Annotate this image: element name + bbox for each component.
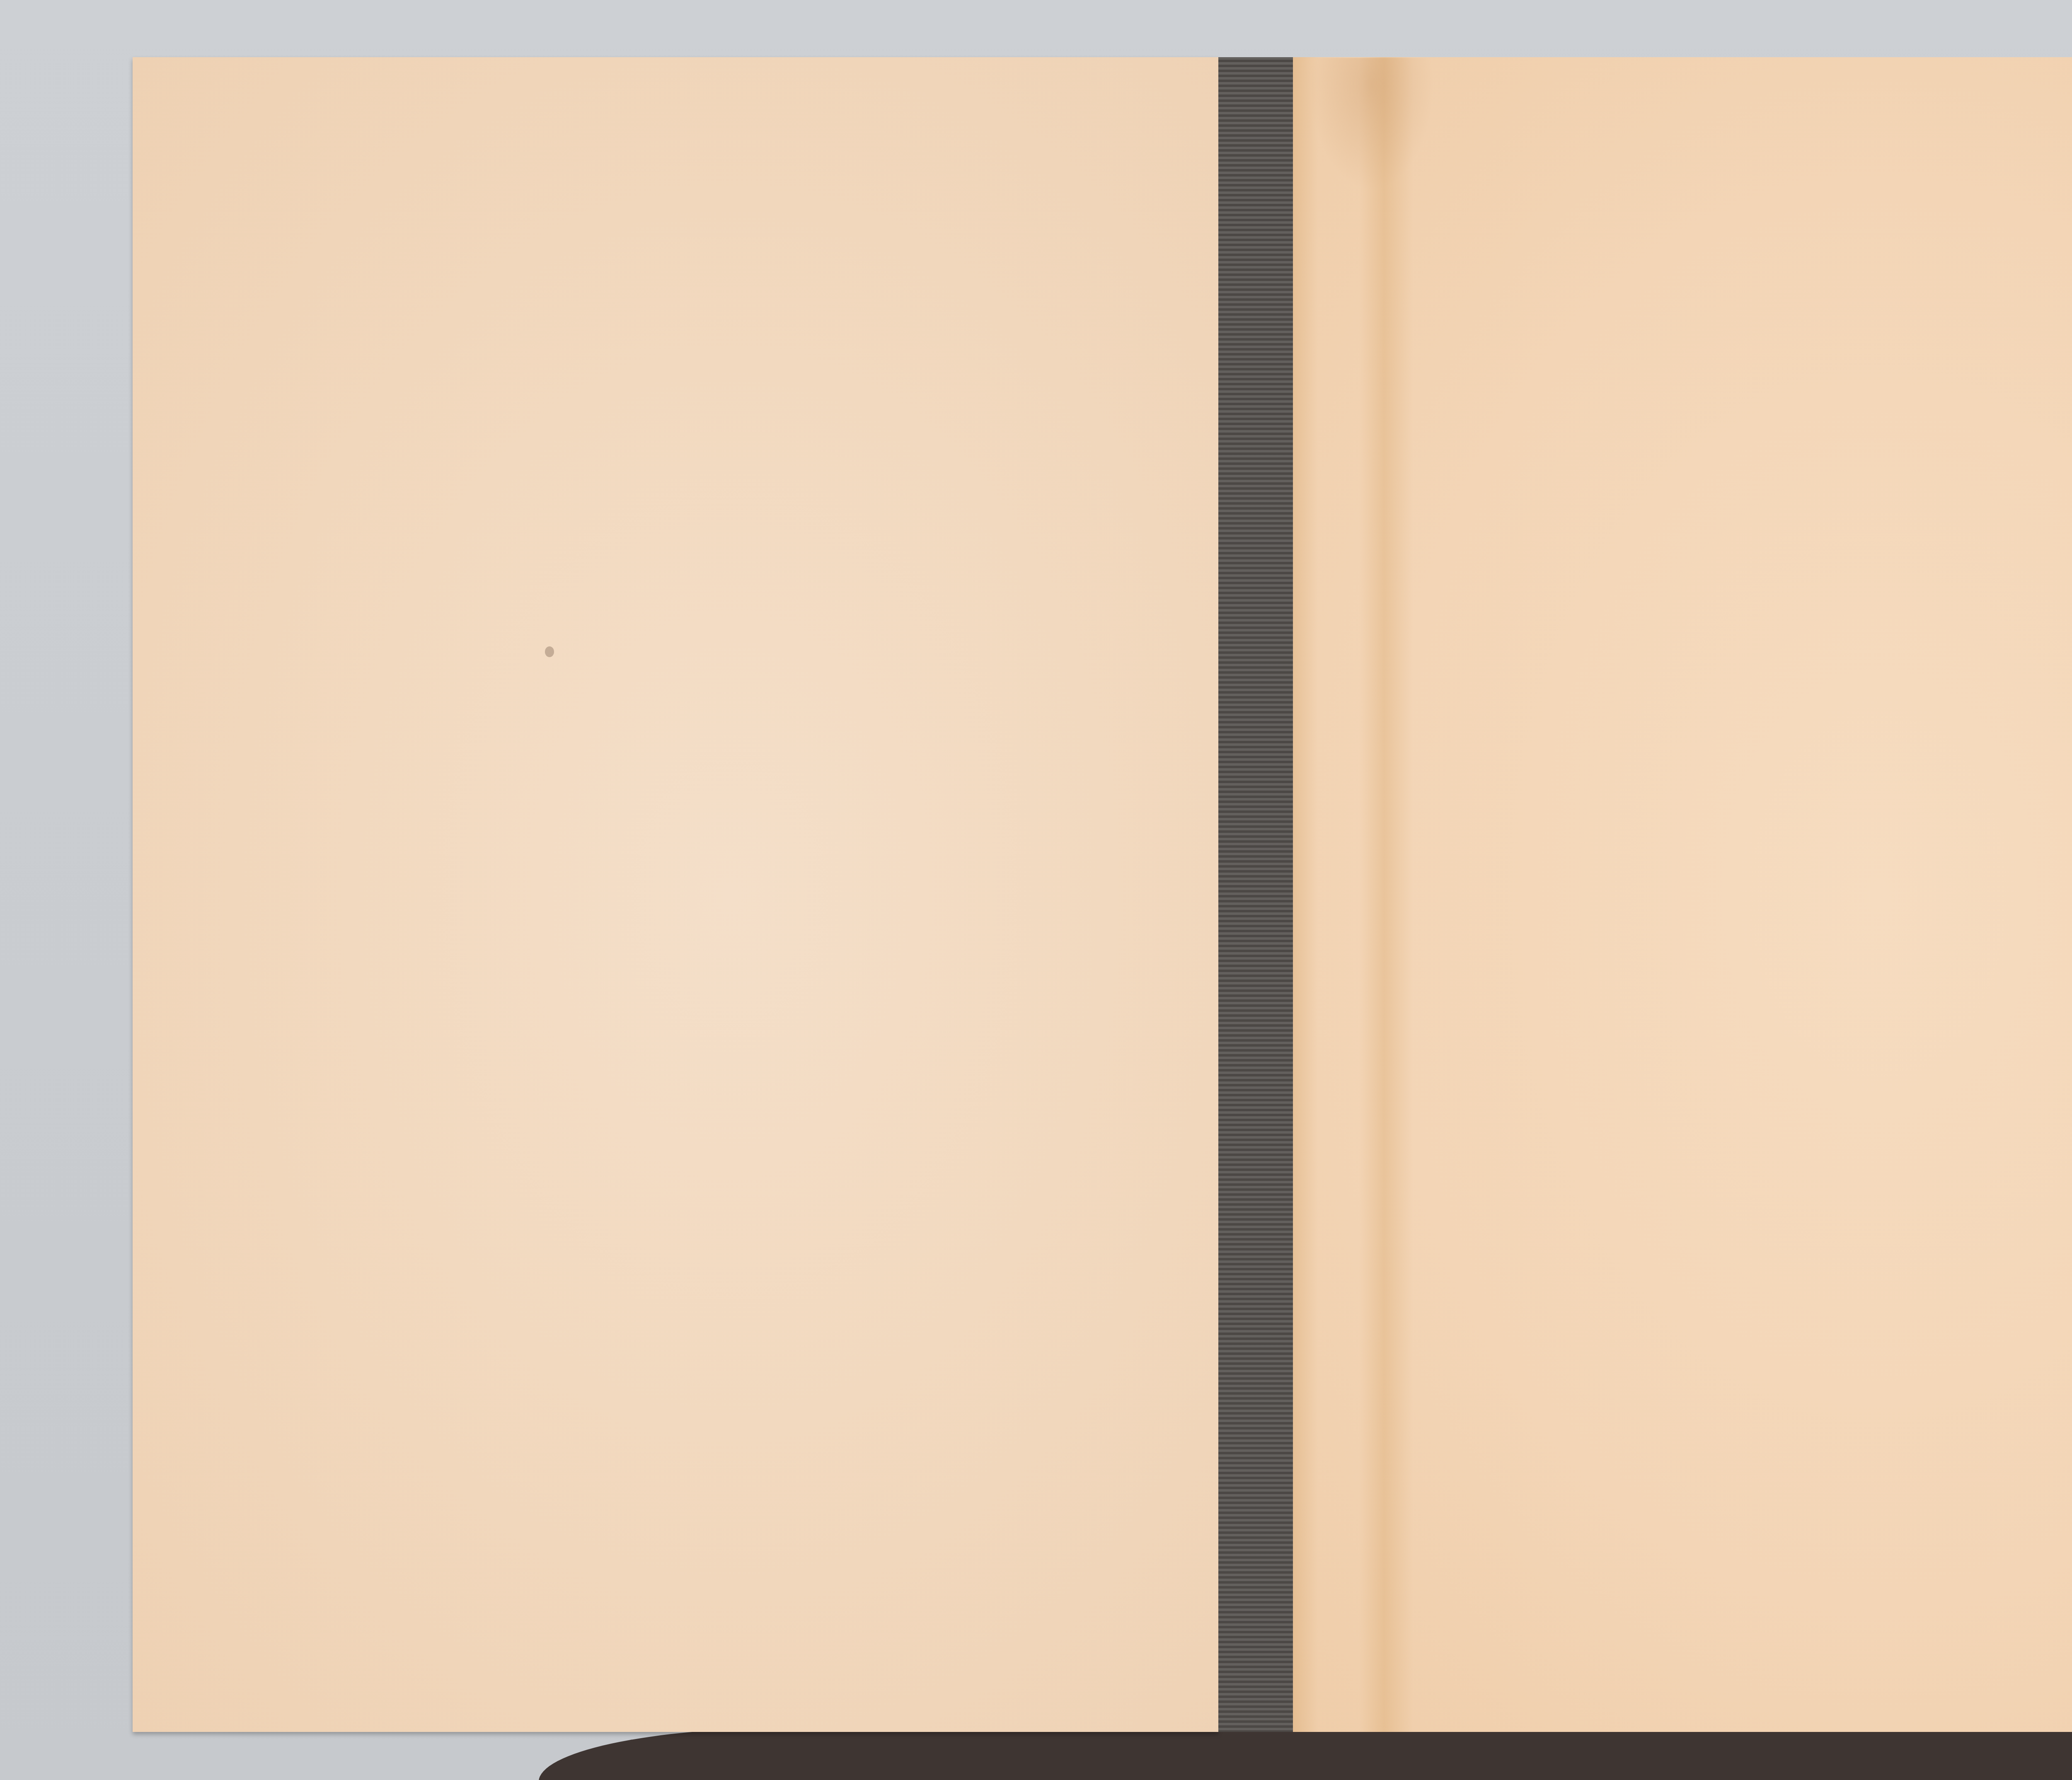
- right-page: [1293, 57, 2072, 1732]
- book-shadow: [539, 1728, 2072, 1780]
- left-page: [133, 57, 1218, 1732]
- photo-background: [0, 0, 2072, 1780]
- paper-speck: [545, 646, 554, 657]
- ribbon-spine: [1218, 57, 1293, 1732]
- water-stain: [1310, 58, 1434, 191]
